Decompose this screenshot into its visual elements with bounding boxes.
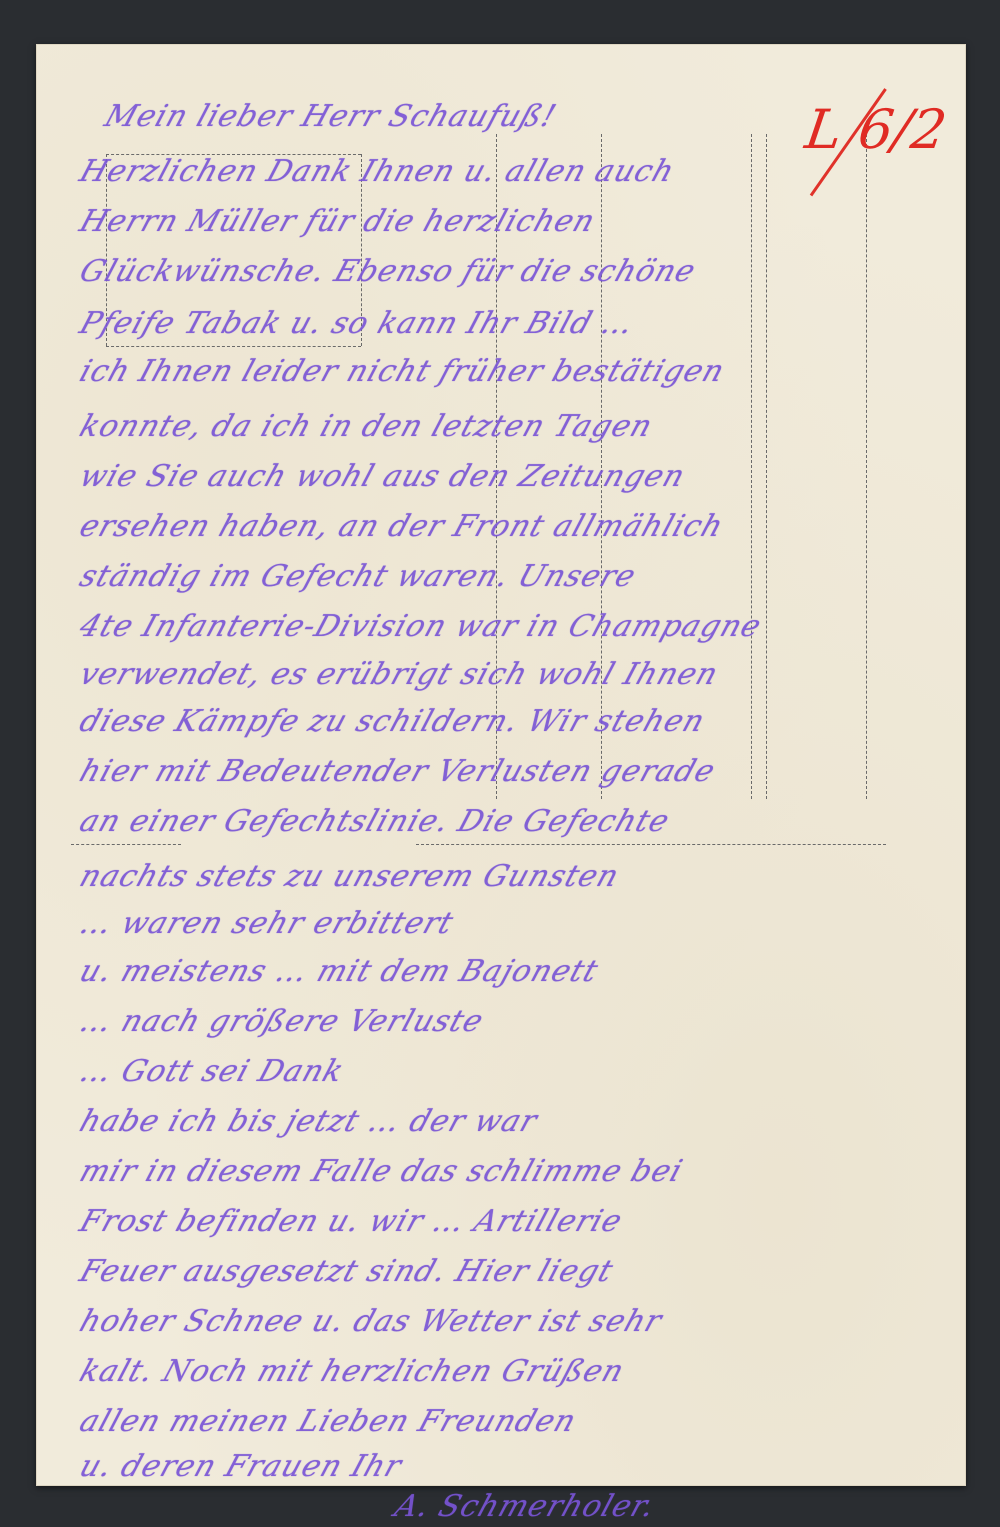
handwritten-line: A. Schmerholer. xyxy=(390,1489,660,1524)
printed-dashed-line xyxy=(751,134,752,799)
handwritten-line: wie Sie auch wohl aus den Zeitungen xyxy=(75,459,690,494)
handwritten-line: hier mit Bedeutender Verlusten gerade xyxy=(75,754,720,789)
handwritten-line: Frost befinden u. wir … Artillerie xyxy=(75,1204,627,1239)
handwritten-line: … nach größere Verluste xyxy=(75,1004,488,1039)
handwritten-line: … waren sehr erbittert xyxy=(75,906,458,941)
handwritten-line: mir in diesem Falle das schlimme bei xyxy=(75,1154,687,1189)
handwritten-line: allen meinen Lieben Freunden xyxy=(75,1404,581,1439)
handwritten-line: 4te Infanterie-Division war in Champagne xyxy=(75,609,766,644)
handwritten-line: Herzlichen Dank Ihnen u. allen auch xyxy=(75,154,679,189)
postcard: L 6/2 Mein lieber Herr Schaufuß!Herzlich… xyxy=(36,44,966,1486)
handwritten-line: verwendet, es erübrigt sich wohl Ihnen xyxy=(75,657,723,692)
handwritten-line: kalt. Noch mit herzlichen Grüßen xyxy=(75,1354,629,1389)
handwritten-line: Mein lieber Herr Schaufuß! xyxy=(100,99,561,134)
handwritten-line: konnte, da ich in den letzten Tagen xyxy=(75,409,657,444)
handwritten-line: … Gott sei Dank xyxy=(75,1054,348,1089)
printed-dashed-line xyxy=(866,134,867,799)
handwritten-line: ich Ihnen leider nicht früher bestätigen xyxy=(75,354,729,389)
handwritten-line: ersehen haben, an der Front allmählich xyxy=(75,509,728,544)
handwritten-line: Pfeife Tabak u. so kann Ihr Bild … xyxy=(75,306,638,341)
handwritten-line: Glückwünsche. Ebenso für die schöne xyxy=(75,254,700,289)
printed-dashed-line xyxy=(766,134,767,799)
handwritten-line: diese Kämpfe zu schildern. Wir stehen xyxy=(75,704,709,739)
handwritten-line: habe ich bis jetzt … der war xyxy=(75,1104,542,1139)
printed-dashed-line xyxy=(106,346,361,347)
handwritten-line: Feuer ausgesetzt sind. Hier liegt xyxy=(75,1254,618,1289)
printed-dashed-line xyxy=(416,844,886,845)
handwritten-line: hoher Schnee u. das Wetter ist sehr xyxy=(75,1304,666,1339)
printed-dashed-line xyxy=(71,844,181,845)
handwritten-line: nachts stets zu unserem Gunsten xyxy=(75,859,624,894)
handwritten-line: u. deren Frauen Ihr xyxy=(75,1449,406,1484)
handwritten-line: Herrn Müller für die herzlichen xyxy=(75,204,600,239)
handwritten-line: u. meistens … mit dem Bajonett xyxy=(75,954,603,989)
handwritten-line: an einer Gefechtslinie. Die Gefechte xyxy=(75,804,674,839)
archive-annotation: L 6/2 xyxy=(802,98,951,161)
handwritten-line: ständig im Gefecht waren. Unsere xyxy=(75,559,640,594)
